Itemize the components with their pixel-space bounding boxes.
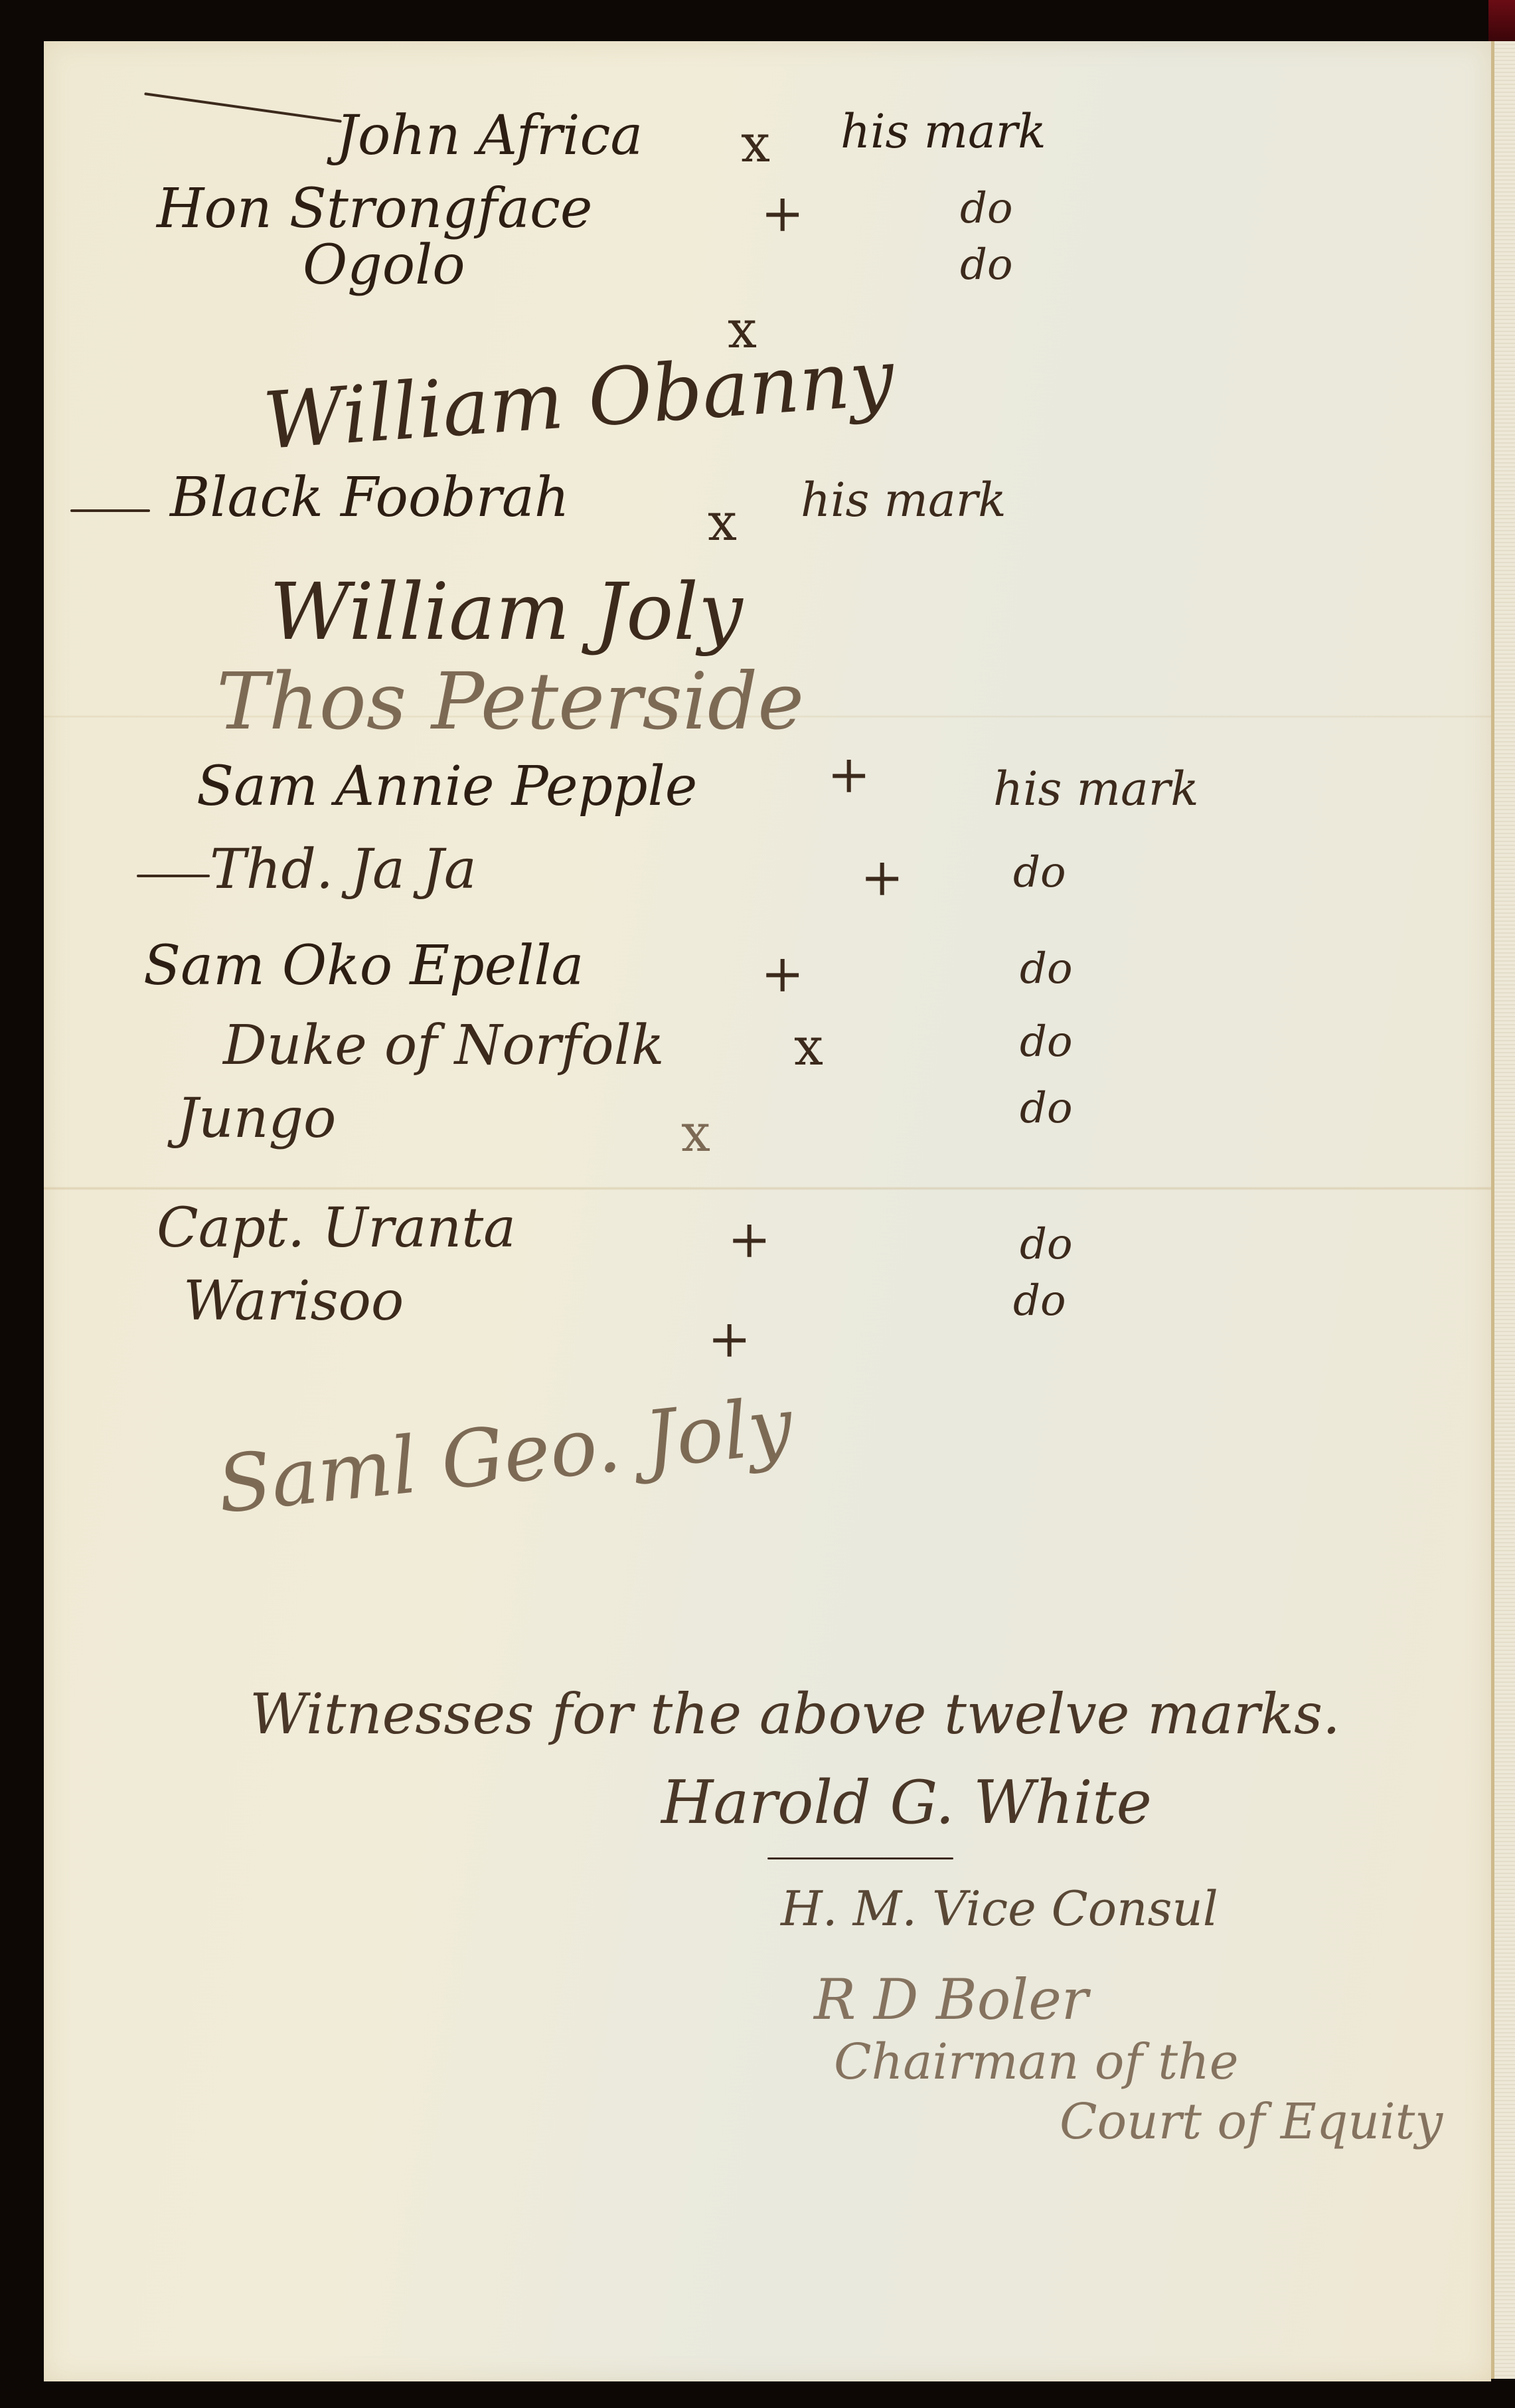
signatory-mark: x bbox=[794, 1017, 823, 1077]
signatory-name: Jungo bbox=[177, 1087, 336, 1150]
signatory-name: John Africa bbox=[336, 104, 643, 167]
signatory-mark: + bbox=[761, 944, 804, 1004]
signature: Saml Geo. Joly bbox=[213, 1379, 797, 1531]
signatory-name: Black Foobrah bbox=[170, 466, 570, 529]
ditto-note: do bbox=[960, 184, 1013, 233]
signature: Thos Peterside bbox=[216, 655, 804, 747]
ditto-note: do bbox=[1013, 1276, 1066, 1326]
signatory-name: Thd. Ja Ja bbox=[210, 838, 477, 901]
signature-underline bbox=[767, 1857, 953, 1859]
ink-flourish bbox=[137, 875, 210, 877]
ditto-note: do bbox=[1013, 848, 1066, 897]
signatory-name: Duke of Norfolk bbox=[223, 1014, 665, 1077]
ditto-note: do bbox=[1020, 1220, 1073, 1269]
signatory-name: Capt. Uranta bbox=[157, 1197, 516, 1260]
witness-title: H. M. Vice Consul bbox=[781, 1881, 1218, 1936]
signature: William Joly bbox=[270, 566, 743, 657]
signatory-name: Sam Annie Pepple bbox=[197, 755, 697, 818]
witness-statement: Witnesses for the above twelve marks. bbox=[250, 1681, 1340, 1747]
signatory-name: Warisoo bbox=[183, 1270, 404, 1333]
signatory-mark: x bbox=[681, 1104, 710, 1163]
ditto-note: do bbox=[1020, 1084, 1073, 1133]
ditto-note: do bbox=[1020, 1017, 1073, 1067]
signatory-name: Ogolo bbox=[303, 234, 465, 297]
ink-flourish bbox=[70, 509, 150, 512]
witness-title-line2: Court of Equity bbox=[1060, 2093, 1443, 2150]
signatory-mark: + bbox=[827, 745, 870, 805]
signatory-mark: + bbox=[860, 848, 904, 908]
binding-edge bbox=[1488, 0, 1515, 41]
ditto-note: do bbox=[960, 240, 1013, 290]
ink-flourish bbox=[144, 92, 342, 123]
manuscript-page: John Africa x his mark Hon Strongface + … bbox=[44, 41, 1491, 2381]
witness-signature: R D Boler bbox=[814, 1967, 1088, 2032]
signatory-mark: + bbox=[708, 1310, 751, 1369]
witness-title-line1: Chairman of the bbox=[834, 2033, 1239, 2091]
signatory-mark: x bbox=[708, 493, 737, 553]
paper-fold-middle bbox=[44, 1187, 1491, 1190]
witness-signature: Harold G. White bbox=[661, 1768, 1152, 1838]
book-spine-edge bbox=[1491, 41, 1515, 2379]
mark-note: his mark bbox=[993, 762, 1199, 816]
mark-note: his mark bbox=[801, 473, 1006, 527]
mark-note: his mark bbox=[840, 104, 1046, 159]
signatory-name: Hon Strongface bbox=[157, 177, 592, 240]
signatory-name: Sam Oko Epella bbox=[143, 934, 584, 997]
signatory-mark: + bbox=[728, 1210, 771, 1270]
signature: William Obanny bbox=[260, 331, 897, 467]
signatory-mark: x bbox=[741, 114, 770, 174]
signatory-mark: + bbox=[761, 184, 804, 244]
ditto-note: do bbox=[1020, 944, 1073, 993]
